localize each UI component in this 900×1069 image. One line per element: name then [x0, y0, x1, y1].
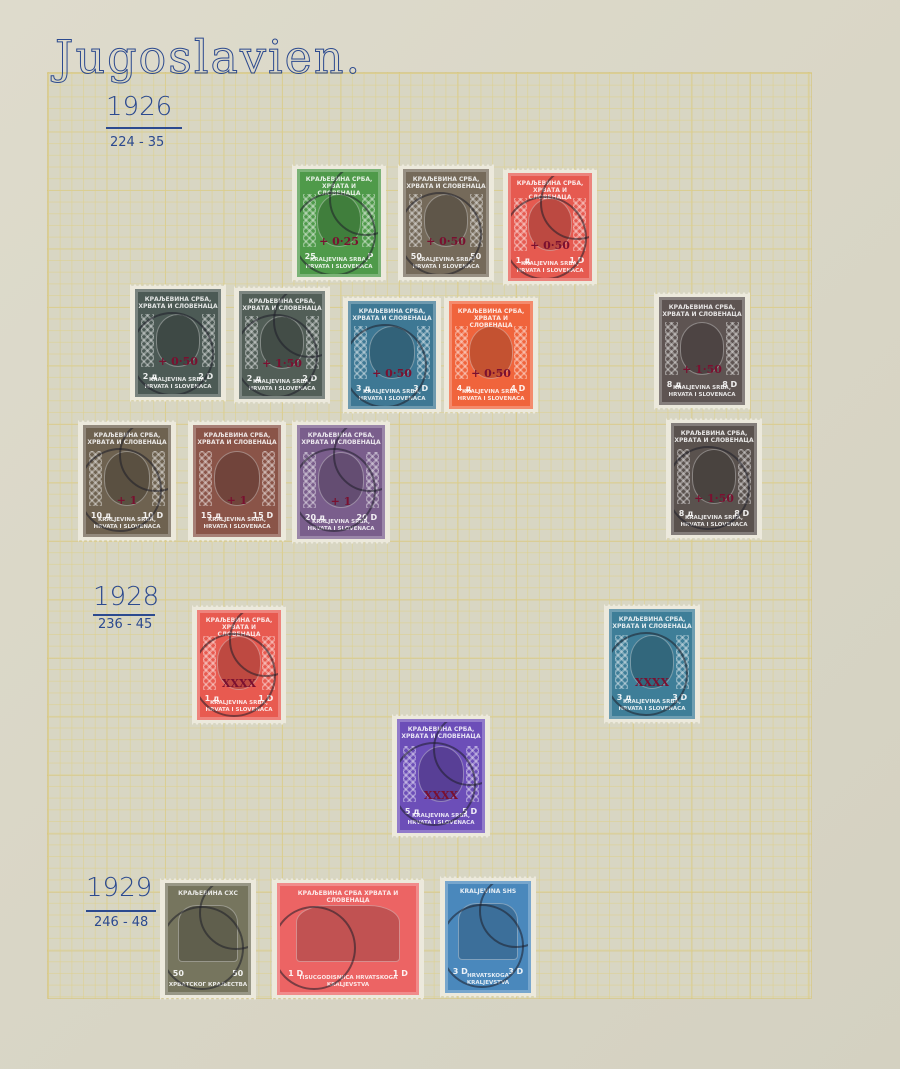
stamp-header-text: КРАЉЕВИНА СРБА ХРВАТА И СЛОВЕНАЦА: [280, 890, 416, 904]
stamp-1926-2: КРАЉЕВИНА СРБА, ХРВАТА И СЛОВЕНАЦА5050KR…: [398, 164, 494, 282]
stamp-1926-6: КРАЉЕВИНА СРБА, ХРВАТА И СЛОВЕНАЦА3 д3 D…: [343, 296, 441, 414]
stamp-face: КРАЉЕВИНА СРБА, ХРВАТА И СЛОВЕНАЦА3 д3 D…: [348, 301, 436, 409]
stamp-header-text: КРАЉЕВИНА СРБА, ХРВАТА И СЛОВЕНАЦА: [662, 304, 742, 318]
stamp-footer-text: KRALJEVINA SRBA, HRVATA I SLOVENACA: [452, 389, 530, 403]
stamp-face: КРАЉЕВИНА СРБА, ХРВАТА И СЛОВЕНАЦА15 д15…: [193, 425, 281, 537]
stamp-header-text: КРАЉЕВИНА СРБА, ХРВАТА И СЛОВЕНАЦА: [674, 430, 754, 444]
stamp-1926-12: КРАЉЕВИНА СРБА, ХРВАТА И СЛОВЕНАЦА8 д8 D…: [666, 418, 762, 540]
stamp-footer-text: KRALJEVINA SRBA, HRVATA I SLOVENACA: [662, 385, 742, 399]
stamp-face: КРАЉЕВИНА СРБА, ХРВАТА И СЛОВЕНАЦА8 д8 D…: [659, 297, 745, 405]
section-year-1926: 1926: [106, 92, 172, 122]
divider: [93, 614, 155, 616]
stamp-face: КРАЉЕВИНА СХС5050ХРВАТСКОГ КРАЉЕСТВА: [165, 883, 251, 995]
stamp-1926-10: КРАЉЕВИНА СРБА, ХРВАТА И СЛОВЕНАЦА15 д15…: [188, 420, 286, 542]
catalog-range-1926: 224 - 35: [110, 135, 164, 150]
stamp-1926-7: КРАЉЕВИНА СРБА, ХРВАТА И СЛОВЕНАЦА4 д4 D…: [444, 296, 538, 414]
stamp-1928-1: КРАЉЕВИНА СРБА, ХРВАТА И СЛОВЕНАЦА1 д1 D…: [192, 605, 286, 725]
stamp-1926-3: КРАЉЕВИНА СРБА, ХРВАТА И СЛОВЕНАЦА1 д1 D…: [503, 168, 597, 286]
stamp-footer-text: KRALJEVINA SRBA, HRVATA I SLOVENACA: [196, 517, 278, 531]
stamp-face: КРАЉЕВИНА СРБА, ХРВАТА И СЛОВЕНАЦА3 д3 D…: [609, 609, 695, 719]
stamp-header-text: КРАЉЕВИНА СРБА, ХРВАТА И СЛОВЕНАЦА: [351, 308, 433, 322]
stamp-1929-1: КРАЉЕВИНА СХС5050ХРВАТСКОГ КРАЉЕСТВА: [160, 878, 256, 1000]
stamp-face: КРАЉЕВИНА СРБА, ХРВАТА И СЛОВЕНАЦА2 д2 D…: [239, 291, 325, 399]
catalog-range-1929: 246 - 48: [94, 915, 148, 930]
stamp-1929-3: KRALJEVINA SHS3 D3 DHRVATSKOGA KRALJEVST…: [440, 876, 536, 998]
stamp-1928-3: КРАЉЕВИНА СРБА, ХРВАТА И СЛОВЕНАЦА5 д5 D…: [392, 714, 490, 838]
surcharge-overprint: + 1·50: [662, 363, 742, 376]
stamp-1926-11: КРАЉЕВИНА СРБА, ХРВАТА И СЛОВЕНАЦА20 д20…: [292, 420, 390, 544]
stamp-1926-9: КРАЉЕВИНА СРБА, ХРВАТА И СЛОВЕНАЦА10 д10…: [78, 420, 176, 542]
stamp-1926-1: КРАЉЕВИНА СРБА, ХРВАТА И СЛОВЕНАЦА25PKRA…: [292, 164, 386, 282]
stamp-face: КРАЉЕВИНА СРБА, ХРВАТА И СЛОВЕНАЦА20 д20…: [297, 425, 385, 539]
section-year-1929: 1929: [86, 873, 152, 903]
stamp-face: КРАЉЕВИНА СРБА, ХРВАТА И СЛОВЕНАЦА1 д1 D…: [197, 610, 281, 720]
stamp-face: КРАЉЕВИНА СРБА, ХРВАТА И СЛОВЕНАЦА5050KR…: [403, 169, 489, 277]
stamp-1926-8: КРАЉЕВИНА СРБА, ХРВАТА И СЛОВЕНАЦА8 д8 D…: [654, 292, 750, 410]
stamp-face: КРАЉЕВИНА СРБА, ХРВАТА И СЛОВЕНАЦА10 д10…: [83, 425, 171, 537]
stamp-face: КРАЉЕВИНА СРБА, ХРВАТА И СЛОВЕНАЦА25PKRA…: [297, 169, 381, 277]
page-title: Jugoslavien.: [55, 30, 362, 84]
stamp-face: КРАЉЕВИНА СРБА, ХРВАТА И СЛОВЕНАЦА1 д1 D…: [508, 173, 592, 281]
stamp-face: КРАЉЕВИНА СРБА ХРВАТА И СЛОВЕНАЦА1 D1 DT…: [277, 883, 419, 995]
stamp-1928-2: КРАЉЕВИНА СРБА, ХРВАТА И СЛОВЕНАЦА3 д3 D…: [604, 604, 700, 724]
stamp-1926-5: КРАЉЕВИНА СРБА, ХРВАТА И СЛОВЕНАЦА2 д2 D…: [234, 286, 330, 404]
stamp-header-text: КРАЉЕВИНА СРБА, ХРВАТА И СЛОВЕНАЦА: [612, 616, 692, 630]
catalog-range-1928: 236 - 45: [98, 617, 152, 632]
stamp-header-text: КРАЉЕВИНА СРБА, ХРВАТА И СЛОВЕНАЦА: [406, 176, 486, 190]
stamp-face: КРАЉЕВИНА СРБА, ХРВАТА И СЛОВЕНАЦА4 д4 D…: [449, 301, 533, 409]
stamp-header-text: КРАЉЕВИНА СРБА, ХРВАТА И СЛОВЕНАЦА: [138, 296, 218, 310]
stamp-header-text: КРАЉЕВИНА СРБА, ХРВАТА И СЛОВЕНАЦА: [196, 432, 278, 446]
divider: [106, 127, 182, 129]
stamp-face: КРАЉЕВИНА СРБА, ХРВАТА И СЛОВЕНАЦА8 д8 D…: [671, 423, 757, 535]
surcharge-overprint: + 1: [196, 494, 278, 507]
stamp-1926-4: КРАЉЕВИНА СРБА, ХРВАТА И СЛОВЕНАЦА2 д2 D…: [130, 284, 226, 402]
divider: [86, 910, 156, 912]
stamp-face: KRALJEVINA SHS3 D3 DHRVATSKOGA KRALJEVST…: [445, 881, 531, 993]
surcharge-overprint: + 0·50: [452, 367, 530, 380]
stamp-face: КРАЉЕВИНА СРБА, ХРВАТА И СЛОВЕНАЦА2 д2 D…: [135, 289, 221, 397]
stamp-1929-2: КРАЉЕВИНА СРБА ХРВАТА И СЛОВЕНАЦА1 D1 DT…: [272, 878, 424, 1000]
section-year-1928: 1928: [93, 582, 159, 612]
stamp-face: КРАЉЕВИНА СРБА, ХРВАТА И СЛОВЕНАЦА5 д5 D…: [397, 719, 485, 833]
